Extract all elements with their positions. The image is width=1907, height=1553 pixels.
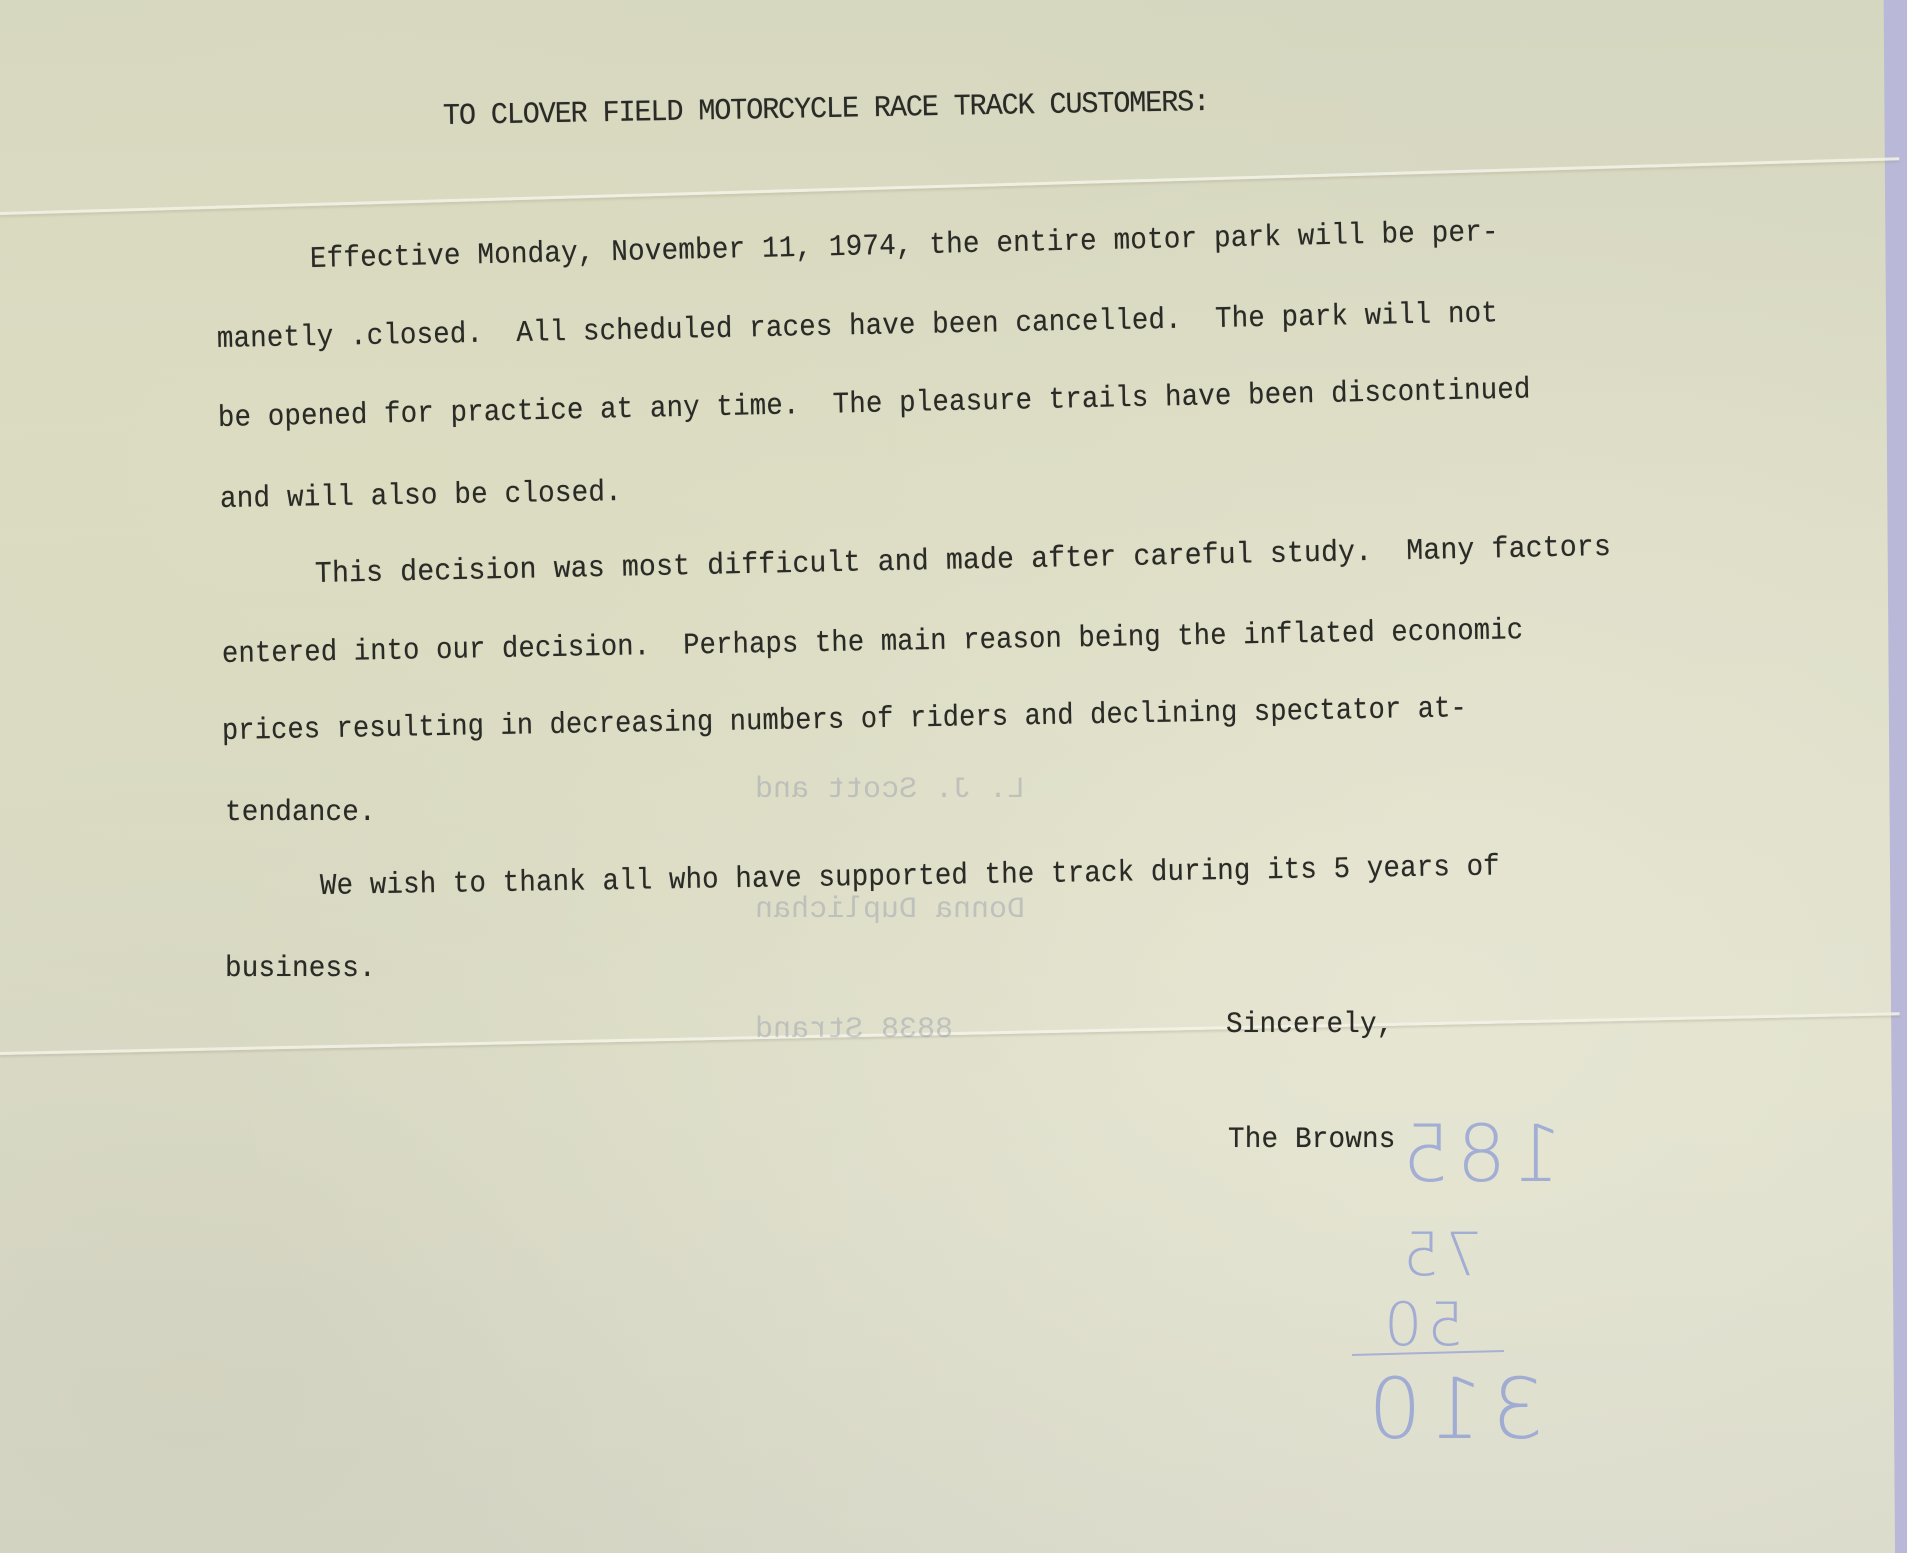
signature: The Browns <box>1228 1123 1395 1157</box>
bleed-line: L. J. Scott and <box>755 770 1025 810</box>
handwritten-number: 185 <box>1395 1110 1562 1200</box>
handwritten-number: 75 <box>1398 1220 1482 1290</box>
body-line: business. <box>225 952 376 986</box>
handwritten-total: 310 <box>1360 1360 1544 1458</box>
bleed-line: 8838 Strand <box>755 1010 1025 1050</box>
body-line: tendance. <box>225 796 376 830</box>
body-line: and will also be closed. <box>220 476 622 517</box>
closing: Sincerely, <box>1226 1008 1393 1042</box>
handwritten-number: 50 <box>1380 1290 1464 1360</box>
